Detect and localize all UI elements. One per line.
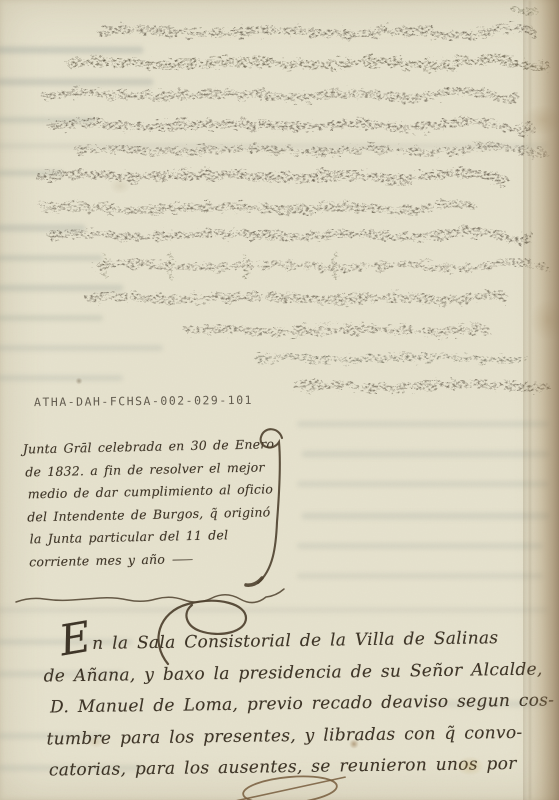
body-line: catorias, para los ausentes, se reuniero…	[49, 748, 550, 786]
margin-note-line: corriente mes y año ⸺	[25, 546, 265, 574]
body-text: En la Sala Consistorial de la Villa de S…	[43, 608, 550, 787]
body-line-text: n la Sala Consistorial de la Villa de Sa…	[92, 628, 498, 654]
initial-capital-e: E	[60, 636, 91, 641]
margin-note-underline	[16, 589, 284, 603]
margin-note: Junta Grāl celebrada en 30 de Enero de 1…	[23, 434, 266, 574]
manuscript-page: ATHA-DAH-FCHSA-002-029-101 Junta Grāl ce…	[0, 0, 559, 800]
archive-reference-stamp: ATHA-DAH-FCHSA-002-029-101	[34, 393, 253, 409]
